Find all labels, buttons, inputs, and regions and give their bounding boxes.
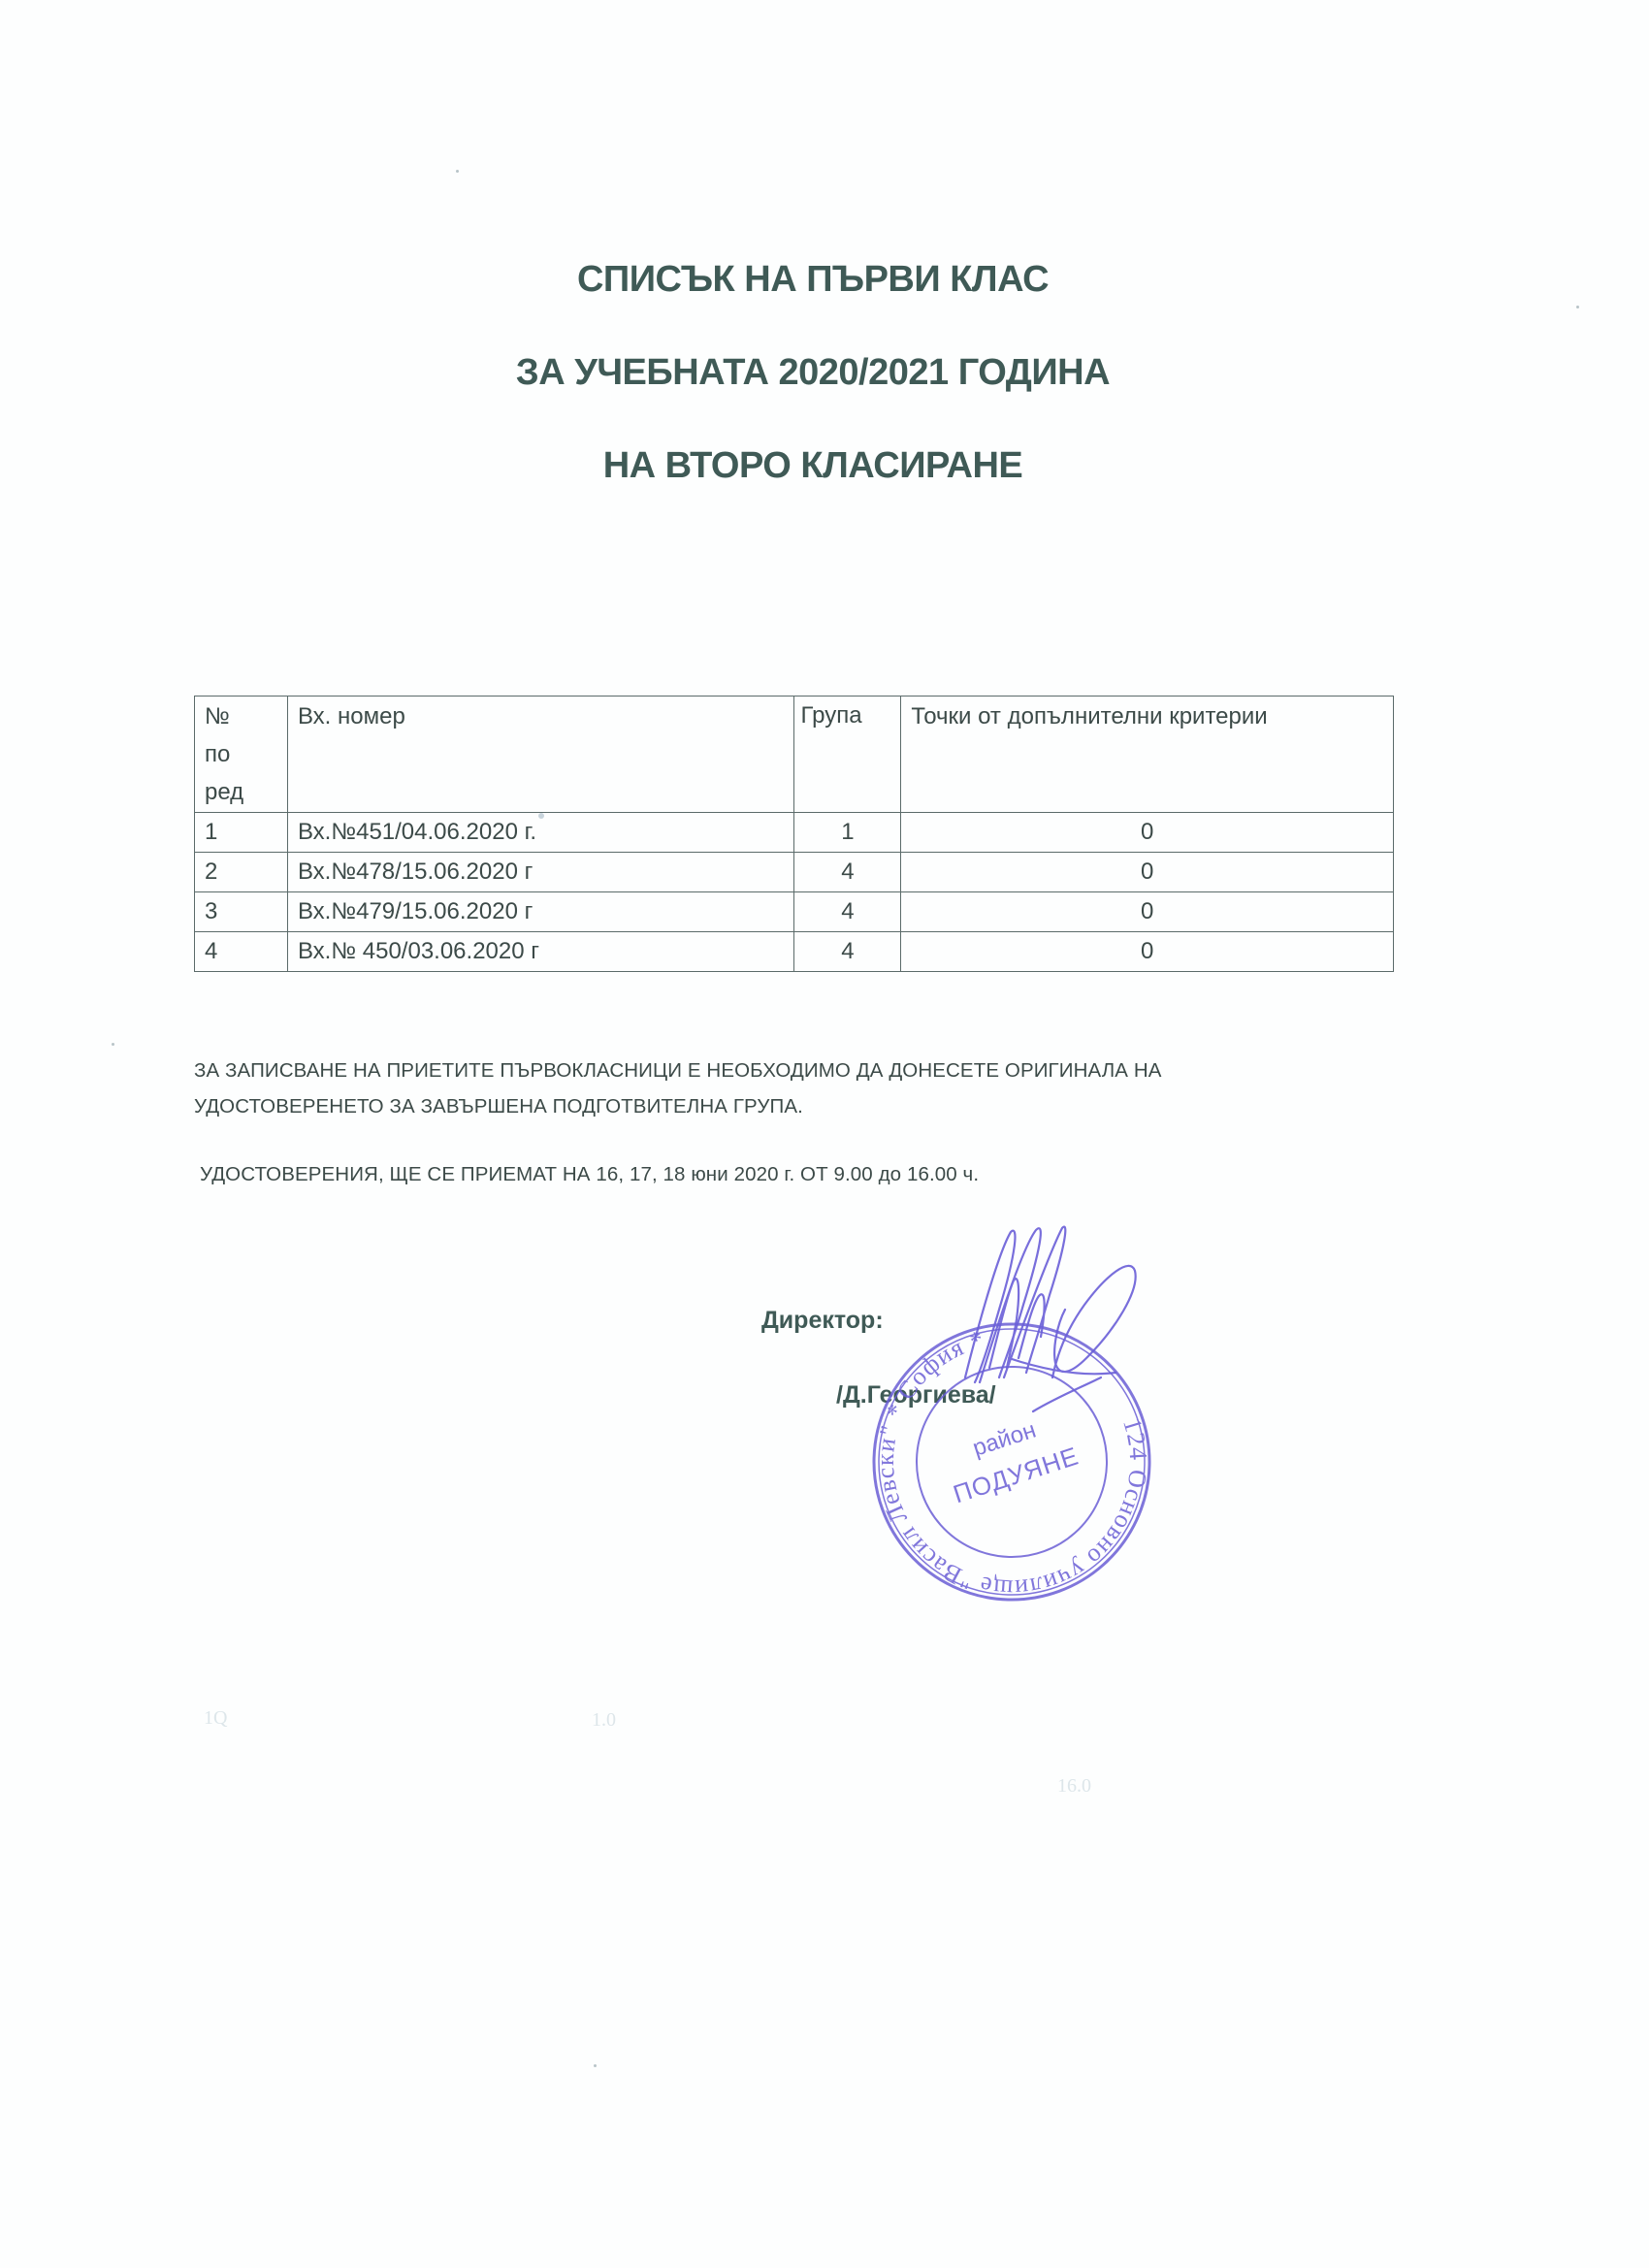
director-label: Директор: [761,1307,884,1335]
scan-speck [1576,306,1579,308]
official-stamp: 124 Основно училище "Васил Левски" * Соф… [0,0,1649,2268]
table-row: 1Вх.№451/04.06.2020 г.10 [195,813,1394,853]
cell-row-number: 3 [195,892,288,932]
stamp-center-text-2: ПОДУЯНЕ [950,1441,1083,1508]
cell-row-number: 2 [195,853,288,892]
notice-line-2: УДОСТОВЕРЕНЕТО ЗА ЗАВЪРШЕНА ПОДГОТВИТЕЛН… [194,1093,803,1120]
cell-group: 1 [794,813,901,853]
document-title-line-3: НА ВТОРО КЛАСИРАНЕ [0,444,1626,487]
cell-group: 4 [794,853,901,892]
document-title-line-2: ЗА УЧЕБНАТА 2020/2021 ГОДИНА [0,351,1626,394]
svg-text:124 Основно училище "Васил Лев: 124 Основно училище "Васил Левски" * Соф… [831,1281,1192,1642]
scan-speck [456,170,459,173]
header-additional-points: Точки от допълнителни критерии [901,697,1394,813]
cell-entry-number: Вх.№478/15.06.2020 г [287,853,794,892]
cell-entry-number: Вх.№ 450/03.06.2020 г [287,932,794,972]
handwritten-signature [0,0,1649,2268]
table-header-row: №поред Вх. номер Група Точки от допълнит… [195,697,1394,813]
document-title-line-1: СПИСЪК НА ПЪРВИ КЛАС [0,258,1626,301]
cell-group: 4 [794,932,901,972]
bleed-through-mark: 1Q [204,1707,227,1730]
scan-speck [112,1043,114,1046]
cell-group: 4 [794,892,901,932]
cell-points: 0 [901,813,1394,853]
header-row-number: №поред [195,697,288,813]
table-row: 3Вх.№479/15.06.2020 г40 [195,892,1394,932]
bleed-through-mark: 1.0 [592,1709,616,1732]
cell-points: 0 [901,853,1394,892]
stamp-center-text-1: район [970,1417,1040,1462]
header-group: Група [794,697,901,813]
scan-speck [594,2064,597,2067]
stamp-ring-text: 124 Основно училище "Васил Левски" * Соф… [831,1281,1192,1642]
cell-entry-number: Вх.№479/15.06.2020 г [287,892,794,932]
notice-line-1: ЗА ЗАПИСВАНЕ НА ПРИЕТИТЕ ПЪРВОКЛАСНИЦИ Е… [194,1057,1162,1085]
scan-speck [538,813,544,819]
cell-points: 0 [901,892,1394,932]
director-name: /Д.Георгиева/ [836,1381,996,1409]
header-entry-number: Вх. номер [287,697,794,813]
cell-points: 0 [901,932,1394,972]
table-row: 2Вх.№478/15.06.2020 г40 [195,853,1394,892]
bleed-through-mark: 16.0 [1057,1775,1091,1798]
cell-row-number: 1 [195,813,288,853]
notice-line-3: УДОСТОВЕРЕНИЯ, ЩЕ СЕ ПРИЕМАТ НА 16, 17, … [200,1161,979,1188]
header-row-number-label: №поред [205,703,243,805]
admissions-table: №поред Вх. номер Група Точки от допълнит… [194,696,1394,972]
scanned-document-page: СПИСЪК НА ПЪРВИ КЛАС ЗА УЧЕБНАТА 2020/20… [0,0,1649,2268]
table-row: 4Вх.№ 450/03.06.2020 г40 [195,932,1394,972]
cell-row-number: 4 [195,932,288,972]
